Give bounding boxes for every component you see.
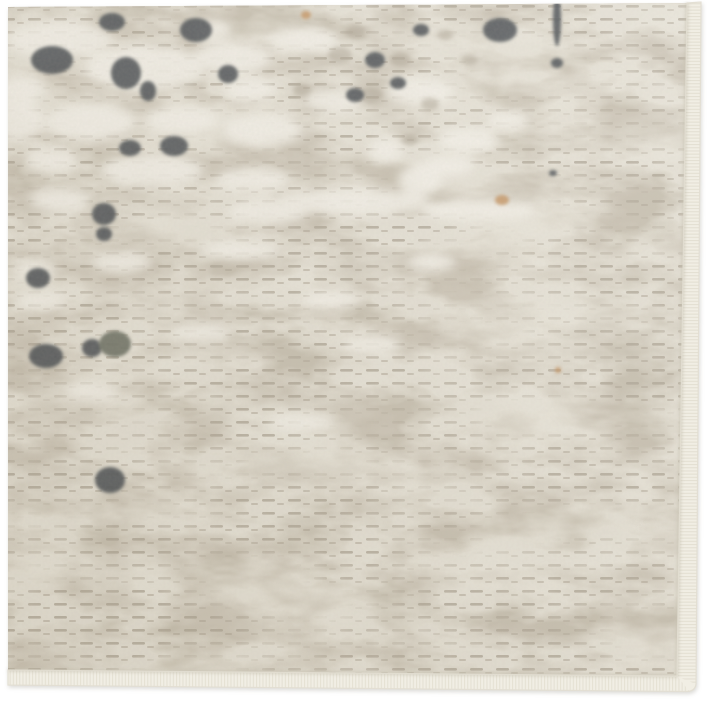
pile-sheen bbox=[0, 0, 710, 695]
rug-pile bbox=[0, 0, 710, 695]
rug-photo bbox=[0, 0, 720, 720]
photo-canvas bbox=[0, 0, 720, 720]
product-photo-page: { "image": { "description": "Corner deta… bbox=[0, 0, 720, 720]
rug bbox=[0, 0, 710, 695]
